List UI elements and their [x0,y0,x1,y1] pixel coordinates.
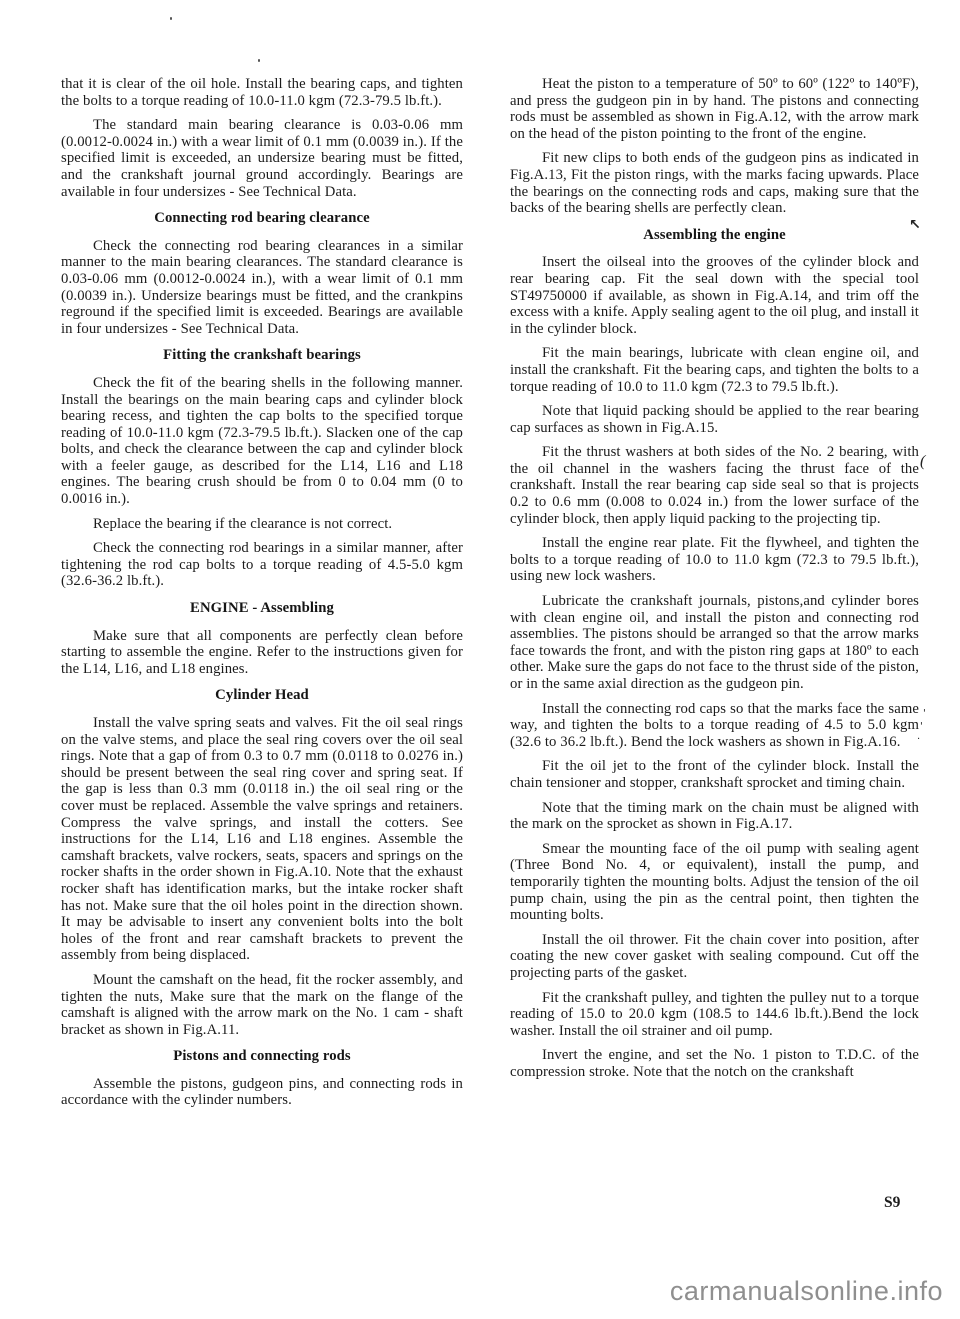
paragraph-bearing-shell-fit: Check the fit of the bearing shells in t… [61,375,463,508]
heading-assembling-the-engine: Assembling the engine [510,227,919,244]
paragraph-crankshaft-pulley: Fit the crankshaft pulley, and tighten t… [510,990,919,1040]
scan-artifact-speck: . [917,731,920,742]
paragraph-components-clean: Make sure that all components are perfec… [61,628,463,678]
paragraph-oil-jet: Fit the oil jet to the front of the cyli… [510,758,919,791]
heading-pistons-connecting-rods: Pistons and connecting rods [61,1048,463,1065]
paragraph-replace-bearing: Replace the bearing if the clearance is … [61,516,463,533]
scan-artifact-cursor-icon: ↖ [909,217,921,233]
heading-connecting-rod-bearing-clearance: Connecting rod bearing clearance [61,210,463,227]
paragraph-liquid-packing-note: Note that liquid packing should be appli… [510,403,919,436]
scan-artifact-speck: ' [923,708,926,719]
paragraph-valve-spring-seats: Install the valve spring seats and valve… [61,715,463,964]
paragraph-insert-oilseal: Insert the oilseal into the grooves of t… [510,254,919,337]
paragraph-oil-pump-sealing: Smear the mounting face of the oil pump … [510,841,919,924]
scan-artifact-speck: ' [920,721,923,732]
paragraph-rod-caps-marks: Install the connecting rod caps so that … [510,701,919,751]
watermark-text: carmanualsonline.info [670,1276,943,1307]
paragraph-main-bearing-clearance: The standard main bearing clearance is 0… [61,117,463,200]
manual-page: that it is clear of the oil hole. Instal… [0,0,960,1319]
right-column: Heat the piston to a temperature of 50º … [510,76,919,1088]
paragraph-oil-thrower: Install the oil thrower. Fit the chain c… [510,932,919,982]
paragraph-fit-new-clips: Fit new clips to both ends of the gudgeo… [510,150,919,216]
paragraph-invert-engine: Invert the engine, and set the No. 1 pis… [510,1047,919,1080]
scan-artifact-dot [258,59,260,62]
paragraph-check-rod-bearings: Check the connecting rod bearings in a s… [61,540,463,590]
page-number: S9 [884,1194,900,1212]
paragraph-assemble-pistons: Assemble the pistons, gudgeon pins, and … [61,1076,463,1109]
paragraph-timing-mark-note: Note that the timing mark on the chain m… [510,800,919,833]
heading-fitting-crankshaft-bearings: Fitting the crankshaft bearings [61,347,463,364]
paragraph-fit-main-bearings: Fit the main bearings, lubricate with cl… [510,345,919,395]
paragraph-rod-bearing-clearances: Check the connecting rod bearing clearan… [61,238,463,338]
heading-cylinder-head: Cylinder Head [61,687,463,704]
paragraph-lubricate-journals: Lubricate the crankshaft journals, pisto… [510,593,919,693]
paragraph-thrust-washers: Fit the thrust washers at both sides of … [510,444,919,527]
paragraph-mount-camshaft: Mount the camshaft on the head, fit the … [61,972,463,1038]
heading-engine-assembling: ENGINE - Assembling [61,600,463,617]
paragraph-engine-rear-plate: Install the engine rear plate. Fit the f… [510,535,919,585]
paragraph-heat-piston: Heat the piston to a temperature of 50º … [510,76,919,142]
scan-artifact-dot [170,17,172,20]
scan-artifact-paren: ( [920,453,925,471]
paragraph-bearing-caps: that it is clear of the oil hole. Instal… [61,76,463,109]
left-column: that it is clear of the oil hole. Instal… [61,76,463,1117]
